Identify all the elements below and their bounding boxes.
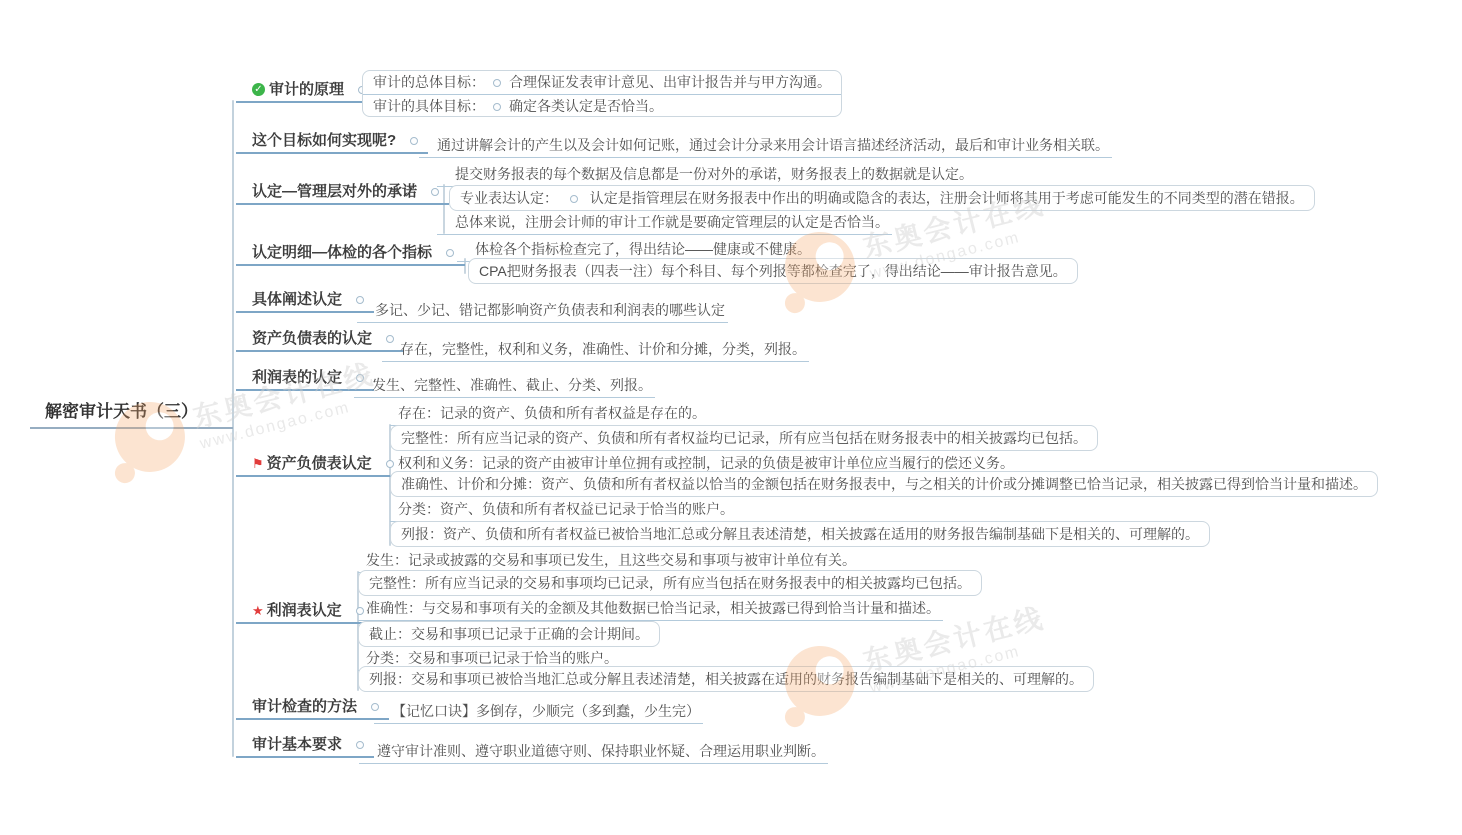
node-text: 截止：交易和事项已记录于正确的会计期间。 [369, 626, 649, 642]
node-professional-assertion-definition[interactable]: 专业表达认定： 认定是指管理层在财务报表中作出的明确或隐含的表达，注册会计师将其… [449, 185, 1315, 211]
node-label: 审计的具体目标： [373, 97, 485, 116]
branch-label: 这个目标如何实现呢? [252, 131, 396, 150]
node-completeness-is[interactable]: 完整性：所有应当记录的交易和事项均已记录，所有应当包括在财务报表中的相关披露均已… [358, 570, 982, 596]
node-text: 遵守审计准则、遵守职业道德守则、保持职业怀疑、合理运用职业判断。 [377, 743, 825, 759]
node-text: 列报：资产、负债和所有者权益已被恰当地汇总或分解且表述清楚，相关披露在适用的财务… [401, 526, 1199, 542]
branch-specific-assertions[interactable]: 具体阐述认定 [236, 290, 374, 313]
node-basic-requirements-text[interactable]: 遵守审计准则、遵守职业道德守则、保持职业怀疑、合理运用职业判断。 [359, 741, 828, 764]
node-cpa-check-conclusion[interactable]: CPA把财务报表（四表一注）每个科目、每个列报等都检查完了，得出结论——审计报告… [468, 258, 1078, 284]
root-node-label: 解密审计天书（三） [45, 402, 198, 421]
node-accuracy-is[interactable]: 准确性：与交易和事项有关的金额及其他数据已恰当记录，相关披露已得到恰当计量和描述… [358, 598, 943, 621]
node-value: 确定各类认定是否恰当。 [509, 97, 663, 116]
node-commitment-statement[interactable]: 提交财务报表的每个数据及信息都是一份对外的承诺，财务报表上的数据就是认定。 [437, 164, 976, 187]
node-value: 认定是指管理层在财务报表中作出的明确或隐含的表达，注册会计师将其用于考虑可能发生… [590, 190, 1304, 206]
node-presentation-is[interactable]: 列报：交易和事项已被恰当地汇总或分解且表述清楚，相关披露在适用的财务报告编制基础… [358, 666, 1094, 692]
node-text: 发生、完整性、准确性、截止、分类、列报。 [372, 377, 652, 393]
branch-label: 资产负债表认定 [267, 454, 372, 473]
branch-audit-basic-requirements[interactable]: 审计基本要求 [236, 735, 374, 758]
branch-balance-sheet-assertions[interactable]: ⚑ 资产负债表认定 [236, 454, 404, 477]
node-text: 通过讲解会计的产生以及会计如何记账，通过会计分录来用会计语言描述经济活动，最后和… [437, 137, 1109, 153]
check-circle-icon: ✓ [252, 83, 265, 96]
branch-label: 审计的原理 [269, 80, 344, 99]
collapse-toggle[interactable] [410, 137, 418, 145]
node-text: 列报：交易和事项已被恰当地汇总或分解且表述清楚，相关披露在适用的财务报告编制基础… [369, 671, 1083, 687]
node-text: 体检各个指标检查完了，得出结论——健康或不健康。 [475, 241, 811, 257]
node-existence[interactable]: 存在：记录的资产、负债和所有者权益是存在的。 [390, 403, 709, 426]
node-text: 存在，完整性，权利和义务，准确性、计价和分摊，分类，列报。 [400, 341, 806, 357]
boundary-box: 审计的总体目标： 合理保证发表审计意见、出审计报告并与甲方沟通。 审计的具体目标… [362, 70, 842, 117]
collapse-toggle[interactable] [431, 188, 439, 196]
collapse-toggle[interactable] [446, 249, 454, 257]
node-text: 准确性：与交易和事项有关的金额及其他数据已恰当记录，相关披露已得到恰当计量和描述… [366, 600, 940, 616]
node-text: 【记忆口诀】多倒存，少顺完（多到蠢，少生完） [392, 703, 700, 719]
collapse-toggle[interactable] [570, 195, 578, 203]
branch-label: 审计检查的方法 [252, 697, 357, 716]
branch-label: 认定明细—体检的各个指标 [252, 243, 432, 262]
node-classification-bs[interactable]: 分类：资产、负债和所有者权益已记录于恰当的账户。 [390, 499, 737, 522]
branch-label: 利润表的认定 [252, 368, 342, 387]
branch-label: 认定—管理层对外的承诺 [252, 182, 417, 201]
node-presentation-bs[interactable]: 列报：资产、负债和所有者权益已被恰当地汇总或分解且表述清楚，相关披露在适用的财务… [390, 521, 1210, 547]
node-text: 权利和义务：记录的资产由被审计单位拥有或控制，记录的负债是被审计单位应当履行的偿… [398, 455, 1014, 471]
branch-balance-sheet-assertion-list[interactable]: 资产负债表的认定 [236, 329, 404, 352]
node-overall-audit-goal[interactable]: 审计的总体目标： 合理保证发表审计意见、出审计报告并与甲方沟通。 [363, 71, 841, 95]
node-accuracy-valuation-allocation[interactable]: 准确性、计价和分摊：资产、负债和所有者权益以恰当的金额包括在财务报表中，与之相关… [390, 471, 1378, 497]
branch-goal-how-to-achieve[interactable]: 这个目标如何实现呢? [236, 131, 428, 154]
branch-label: 资产负债表的认定 [252, 329, 372, 348]
node-how-goal-achieved[interactable]: 通过讲解会计的产生以及会计如何记账，通过会计分录来用会计语言描述经济活动，最后和… [419, 135, 1112, 158]
node-text: 完整性：所有应当记录的资产、负债和所有者权益均已记录，所有应当包括在财务报表中的… [401, 430, 1087, 446]
red-star-icon: ★ [252, 601, 264, 620]
branch-income-statement-assertions[interactable]: ★ 利润表认定 [236, 601, 374, 624]
root-node[interactable]: 解密审计天书（三） [30, 402, 233, 429]
node-text: 多记、少记、错记都影响资产负债表和利润表的哪些认定 [375, 302, 725, 318]
collapse-toggle[interactable] [493, 79, 501, 87]
branch-assertion-details[interactable]: 认定明细—体检的各个指标 [236, 243, 465, 266]
node-specific-audit-goal[interactable]: 审计的具体目标： 确定各类认定是否恰当。 [363, 95, 841, 118]
node-text: CPA把财务报表（四表一注）每个科目、每个列报等都检查完了，得出结论——审计报告… [479, 263, 1067, 279]
node-text: 发生：记录或披露的交易和事项已发生，且这些交易和事项与被审计单位有关。 [366, 552, 856, 568]
node-cutoff[interactable]: 截止：交易和事项已记录于正确的会计期间。 [358, 621, 660, 647]
node-text: 存在：记录的资产、负债和所有者权益是存在的。 [398, 405, 706, 421]
node-label: 专业表达认定： [460, 190, 558, 206]
branch-label: 利润表认定 [267, 601, 342, 620]
node-text: 准确性、计价和分摊：资产、负债和所有者权益以恰当的金额包括在财务报表中，与之相关… [401, 476, 1367, 492]
branch-label: 审计基本要求 [252, 735, 342, 754]
branch-audit-check-method[interactable]: 审计检查的方法 [236, 697, 389, 720]
node-label: 审计的总体目标： [373, 73, 485, 92]
node-text: 分类：交易和事项已记录于恰当的账户。 [366, 650, 618, 666]
collapse-toggle[interactable] [493, 103, 501, 111]
node-memory-mnemonic[interactable]: 【记忆口诀】多倒存，少顺完（多到蠢，少生完） [374, 701, 703, 724]
node-text: 提交财务报表的每个数据及信息都是一份对外的承诺，财务报表上的数据就是认定。 [455, 166, 973, 182]
branch-audit-principle[interactable]: ✓ 审计的原理 [236, 80, 376, 103]
node-income-statement-assertion-items[interactable]: 发生、完整性、准确性、截止、分类、列报。 [354, 375, 655, 398]
node-completeness-bs[interactable]: 完整性：所有应当记录的资产、负债和所有者权益均已记录，所有应当包括在财务报表中的… [390, 425, 1098, 451]
node-text: 分类：资产、负债和所有者权益已记录于恰当的账户。 [398, 501, 734, 517]
node-overall-summary[interactable]: 总体来说，注册会计师的审计工作就是要确定管理层的认定是否恰当。 [437, 212, 892, 235]
node-text: 完整性：所有应当记录的交易和事项均已记录，所有应当包括在财务报表中的相关披露均已… [369, 575, 971, 591]
node-text: 总体来说，注册会计师的审计工作就是要确定管理层的认定是否恰当。 [455, 214, 889, 230]
node-misstatement-effect[interactable]: 多记、少记、错记都影响资产负债表和利润表的哪些认定 [357, 300, 728, 323]
red-flag-icon: ⚑ [252, 454, 264, 473]
mindmap-canvas: 解密审计天书（三） ✓ 审计的原理 这个目标如何实现呢? 认定—管理层对外的承诺… [0, 0, 1462, 835]
branch-assertion-management-commitment[interactable]: 认定—管理层对外的承诺 [236, 182, 449, 205]
node-balance-sheet-assertion-items[interactable]: 存在，完整性，权利和义务，准确性、计价和分摊，分类，列报。 [382, 339, 809, 362]
branch-label: 具体阐述认定 [252, 290, 342, 309]
node-value: 合理保证发表审计意见、出审计报告并与甲方沟通。 [509, 73, 831, 92]
